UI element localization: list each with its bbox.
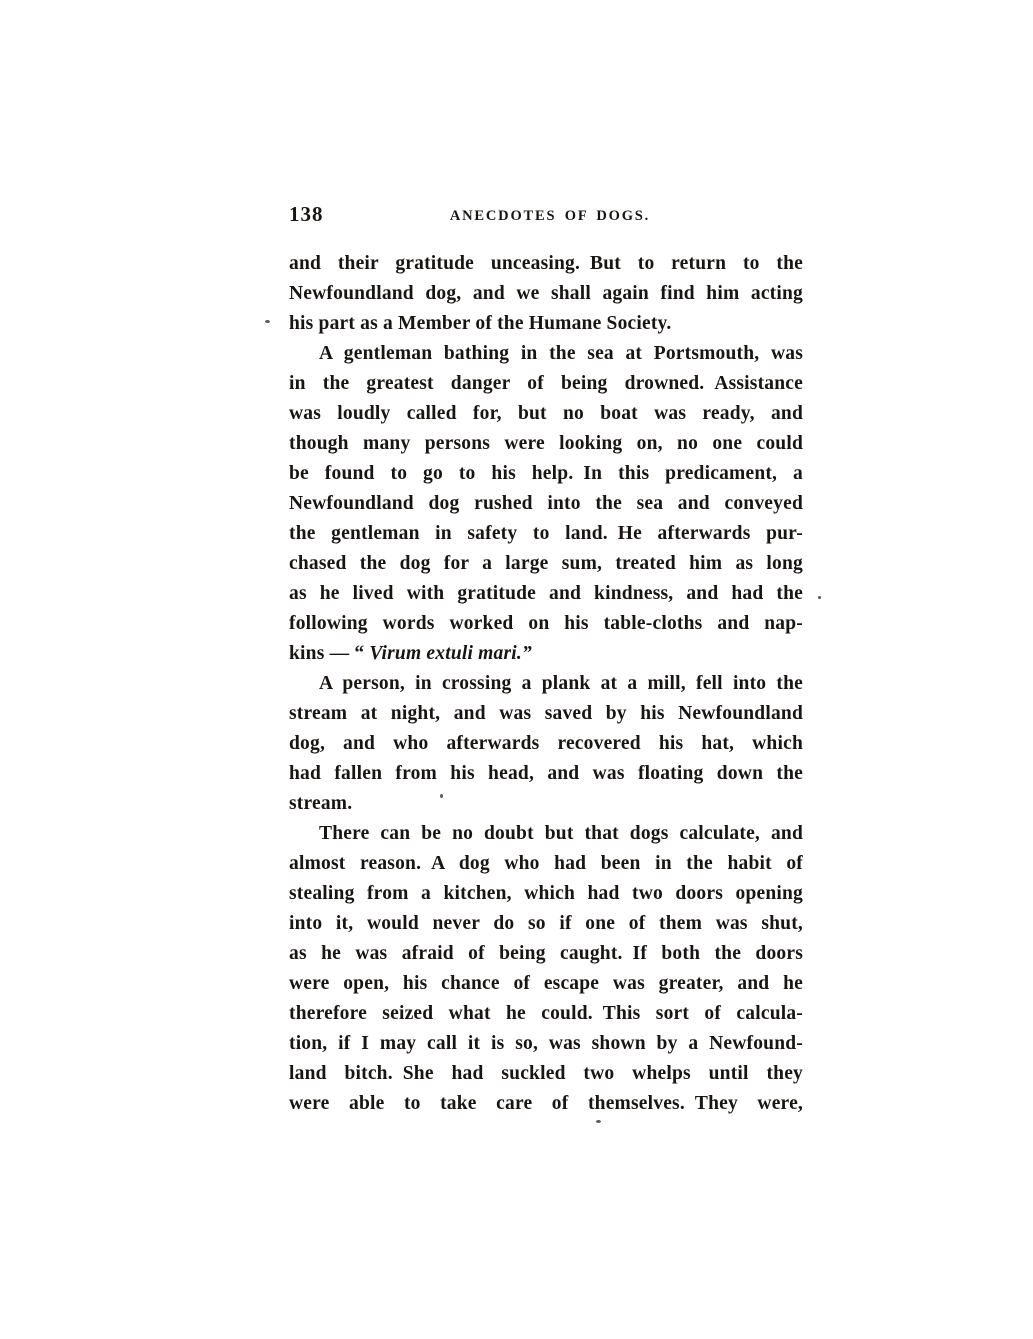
text-segment: as he lived with gratitude and kindness,… (289, 583, 803, 604)
paragraph: A person, in crossing a plank at a mill,… (289, 669, 803, 819)
text-line: Newfoundland dog, and we shall again fin… (289, 279, 803, 309)
text-segment: his part as a Member of the Humane Socie… (289, 313, 672, 334)
text-line: into it, would never do so if one of the… (289, 909, 803, 939)
text-line: were able to take care of themselves. Th… (289, 1089, 803, 1119)
text-segment: had fallen from his head, and was floati… (289, 763, 803, 784)
text-segment: tion, if I may call it is so, was shown … (289, 1033, 803, 1054)
scan-speck (440, 794, 443, 798)
paragraph: There can be no doubt but that dogs calc… (289, 819, 803, 1119)
text-line: in the greatest danger of being drowned.… (289, 369, 803, 399)
text-segment: There can be no doubt but that dogs calc… (319, 823, 803, 844)
text-line: be found to go to his help. In this pred… (289, 459, 803, 489)
text-line: chased the dog for a large sum, treated … (289, 549, 803, 579)
text-segment: stream at night, and was saved by his Ne… (289, 703, 803, 724)
text-segment: following words worked on his table-clot… (289, 613, 803, 634)
text-line: Newfoundland dog rushed into the sea and… (289, 489, 803, 519)
text-segment: dog, and who afterwards recovered his ha… (289, 733, 803, 754)
text-segment: be found to go to his help. In this pred… (289, 463, 803, 484)
scan-speck (818, 596, 821, 599)
text-segment: though many persons were looking on, no … (289, 433, 803, 454)
text-segment: and their gratitude unceasing. But to re… (289, 253, 803, 274)
text-line: as he was afraid of being caught. If bot… (289, 939, 803, 969)
text-segment: in the greatest danger of being drowned.… (289, 373, 803, 394)
text-line: and their gratitude unceasing. But to re… (289, 249, 803, 279)
text-line: stealing from a kitchen, which had two d… (289, 879, 803, 909)
text-line: almost reason. A dog who had been in the… (289, 849, 803, 879)
text-line: therefore seized what he could. This sor… (289, 999, 803, 1029)
text-segment: land bitch. She had suckled two whelps u… (289, 1063, 803, 1084)
text-line: following words worked on his table-clot… (289, 609, 803, 639)
text-segment: kins — “ (289, 643, 369, 664)
text-line: stream at night, and was saved by his Ne… (289, 699, 803, 729)
text-line: dog, and who afterwards recovered his ha… (289, 729, 803, 759)
text-segment: the gentleman in safety to land. He afte… (289, 523, 803, 544)
page-header: 138 ANECDOTES OF DOGS. (289, 202, 803, 230)
text-segment: Newfoundland dog rushed into the sea and… (289, 493, 803, 514)
text-segment: were able to take care of themselves. Th… (289, 1093, 803, 1114)
text-line: were open, his chance of escape was grea… (289, 969, 803, 999)
paragraph: and their gratitude unceasing. But to re… (289, 249, 803, 339)
text-line: kins — “ Virum extuli mari.” (289, 639, 803, 669)
paragraph: A gentleman bathing in the sea at Portsm… (289, 339, 803, 669)
scan-speck (265, 320, 270, 323)
text-line: There can be no doubt but that dogs calc… (289, 819, 803, 849)
scan-speck (596, 1120, 601, 1123)
running-title: ANECDOTES OF DOGS. (297, 208, 803, 225)
text-line: though many persons were looking on, no … (289, 429, 803, 459)
scanned-book-page: 138 ANECDOTES OF DOGS. and their gratitu… (0, 0, 1033, 1339)
text-segment: Newfoundland dog, and we shall again fin… (289, 283, 803, 304)
text-segment: therefore seized what he could. This sor… (289, 1003, 803, 1024)
text-segment: chased the dog for a large sum, treated … (289, 553, 803, 574)
text-segment: stealing from a kitchen, which had two d… (289, 883, 803, 904)
text-segment: stream. (289, 793, 352, 814)
italic-text-segment: Virum extuli mari.” (369, 643, 532, 664)
text-column: and their gratitude unceasing. But to re… (289, 249, 803, 1119)
text-line: his part as a Member of the Humane Socie… (289, 309, 803, 339)
text-line: A gentleman bathing in the sea at Portsm… (289, 339, 803, 369)
text-line: was loudly called for, but no boat was r… (289, 399, 803, 429)
text-segment: A gentleman bathing in the sea at Portsm… (319, 343, 803, 364)
text-segment: as he was afraid of being caught. If bot… (289, 943, 803, 964)
text-line: as he lived with gratitude and kindness,… (289, 579, 803, 609)
text-segment: A person, in crossing a plank at a mill,… (319, 673, 803, 694)
text-line: tion, if I may call it is so, was shown … (289, 1029, 803, 1059)
text-line: stream. (289, 789, 803, 819)
text-line: the gentleman in safety to land. He afte… (289, 519, 803, 549)
text-line: had fallen from his head, and was floati… (289, 759, 803, 789)
text-segment: were open, his chance of escape was grea… (289, 973, 803, 994)
text-segment: almost reason. A dog who had been in the… (289, 853, 803, 874)
text-segment: into it, would never do so if one of the… (289, 913, 803, 934)
text-line: A person, in crossing a plank at a mill,… (289, 669, 803, 699)
text-line: land bitch. She had suckled two whelps u… (289, 1059, 803, 1089)
text-segment: was loudly called for, but no boat was r… (289, 403, 803, 424)
